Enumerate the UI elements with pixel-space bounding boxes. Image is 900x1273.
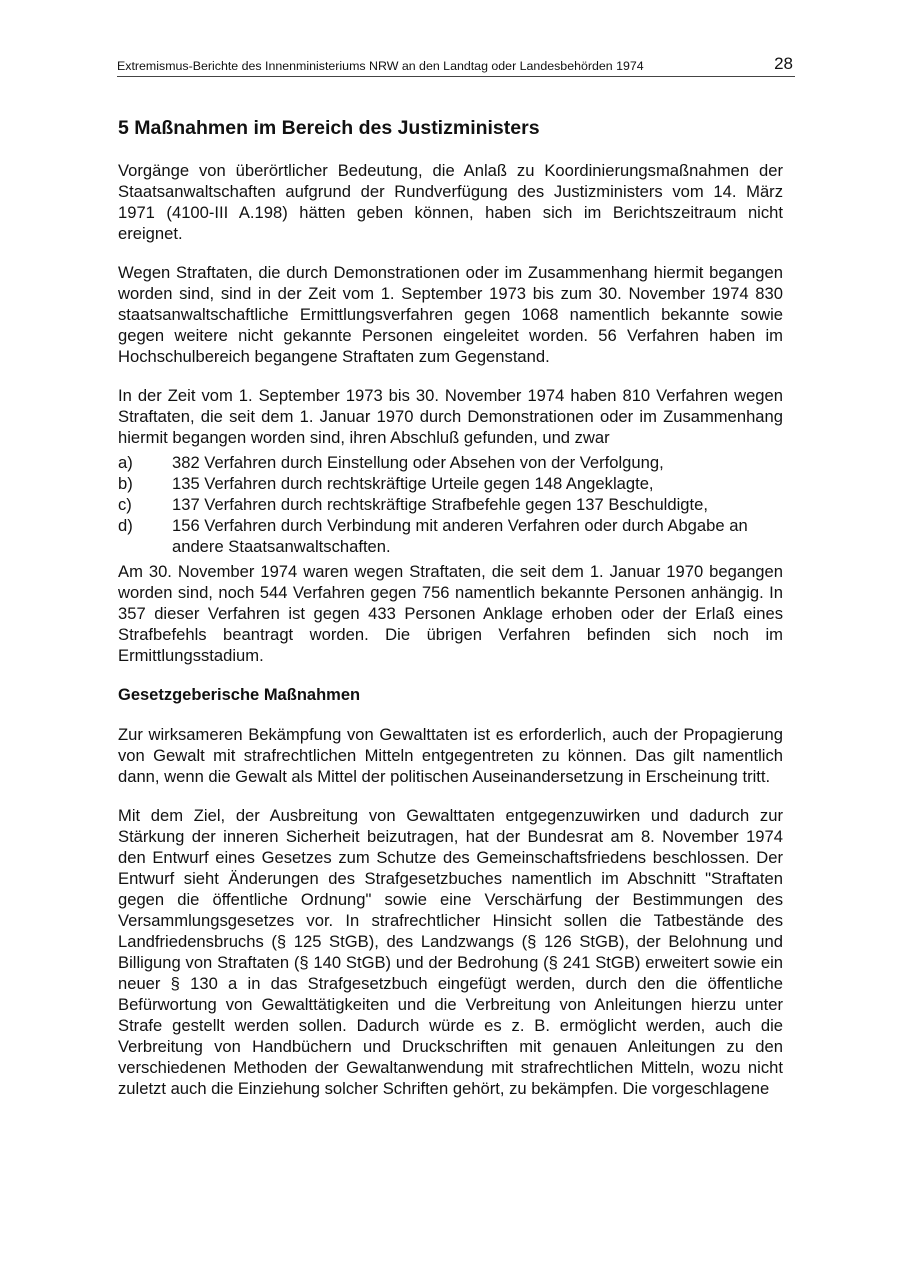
running-header-title: Extremismus-Berichte des Innenministeriu… [117, 59, 644, 73]
paragraph: Vorgänge von überörtlicher Bedeutung, di… [118, 160, 783, 244]
list-item: b) 135 Verfahren durch rechtskräftige Ur… [118, 473, 783, 494]
list-marker: d) [118, 515, 172, 557]
paragraph: Zur wirksameren Bekämpfung von Gewalttat… [118, 724, 783, 787]
list-item: d) 156 Verfahren durch Verbindung mit an… [118, 515, 783, 557]
page-number: 28 [774, 54, 793, 74]
list-marker: a) [118, 452, 172, 473]
section-heading: 5 Maßnahmen im Bereich des Justizministe… [118, 114, 783, 142]
list-marker: b) [118, 473, 172, 494]
list-item-text: 382 Verfahren durch Einstellung oder Abs… [172, 452, 783, 473]
subsection-heading: Gesetzgeberische Maßnahmen [118, 684, 783, 706]
paragraph: Wegen Straftaten, die durch Demonstratio… [118, 262, 783, 367]
paragraph: In der Zeit vom 1. September 1973 bis 30… [118, 385, 783, 448]
paragraph: Mit dem Ziel, der Ausbreitung von Gewalt… [118, 805, 783, 1099]
page-header: Extremismus-Berichte des Innenministeriu… [117, 52, 795, 77]
list-item-text: 156 Verfahren durch Verbindung mit ander… [172, 515, 783, 557]
outcome-list: a) 382 Verfahren durch Einstellung oder … [118, 452, 783, 557]
list-item: c) 137 Verfahren durch rechtskräftige St… [118, 494, 783, 515]
list-marker: c) [118, 494, 172, 515]
list-item: a) 382 Verfahren durch Einstellung oder … [118, 452, 783, 473]
list-item-text: 137 Verfahren durch rechtskräftige Straf… [172, 494, 783, 515]
document-body: 5 Maßnahmen im Bereich des Justizministe… [118, 114, 783, 1117]
paragraph: Am 30. November 1974 waren wegen Strafta… [118, 561, 783, 666]
list-item-text: 135 Verfahren durch rechtskräftige Urtei… [172, 473, 783, 494]
